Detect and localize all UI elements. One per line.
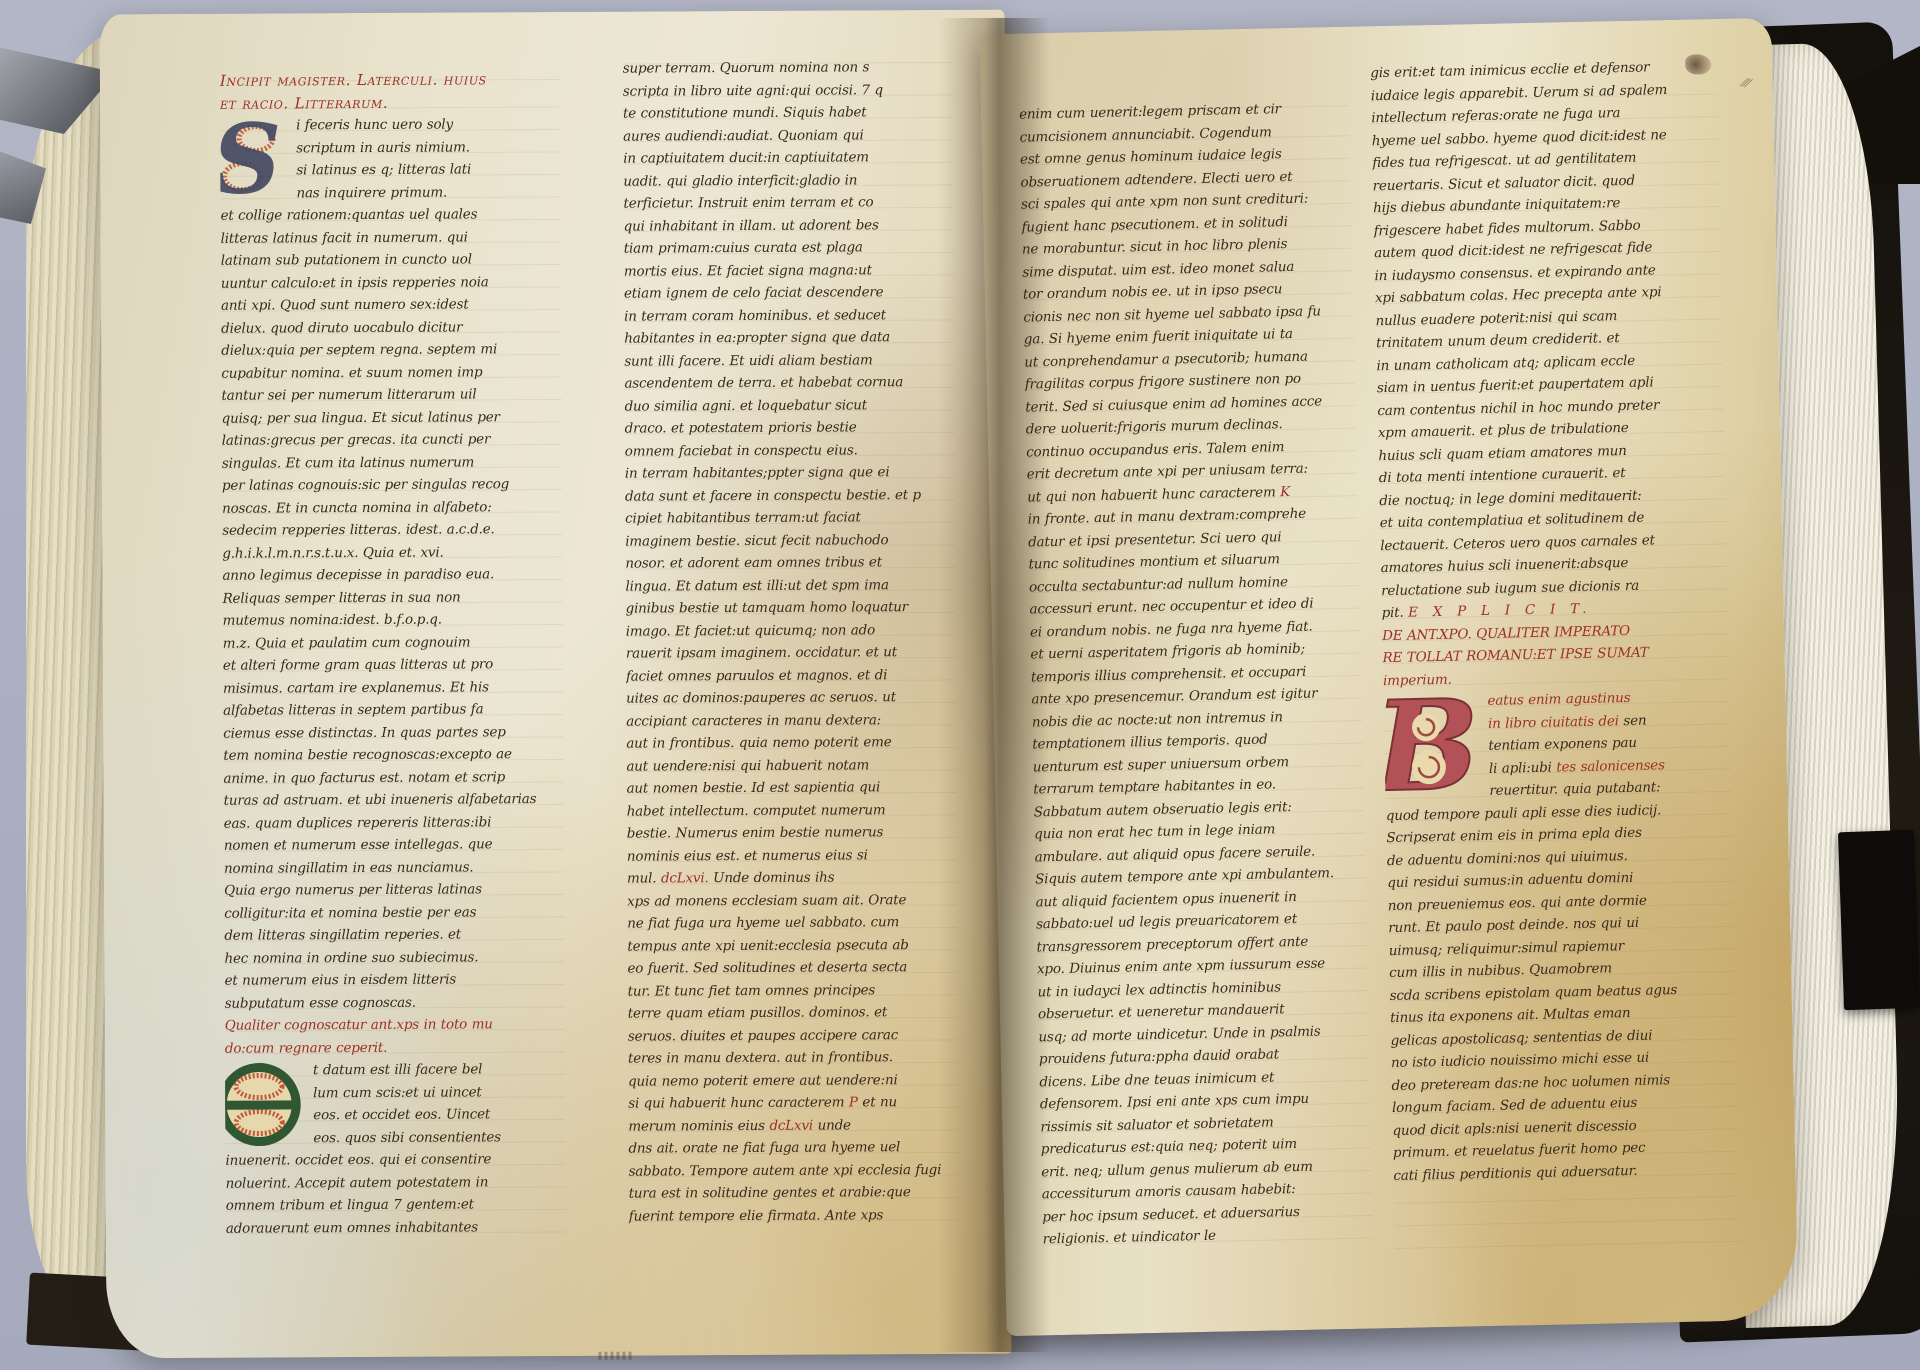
illuminated-initial-B: B — [1377, 690, 1479, 804]
column4-body: gis erit:et tam inimicus ecclie et defen… — [1370, 55, 1727, 602]
text-beside-initial-e: t datum est illi facere bellum cum scis:… — [313, 1058, 565, 1149]
illuminated-initial-E — [220, 1059, 304, 1149]
folio-tick-marks: ⁄⁄⁄ — [1741, 76, 1752, 92]
text-beside-initial-s: i feceris hunc uero solyscriptum in auri… — [296, 113, 560, 204]
illuminated-initial-S: S — [220, 114, 287, 204]
column4-body-2: quod tempore pauli apli esse dies iudici… — [1386, 797, 1740, 1187]
text-beside-initial-b: eatus enim agustinusin libro ciuitatis d… — [1487, 685, 1731, 803]
chapter-rubric-antichrist: Qualiter cognoscatur ant.xps in toto mud… — [225, 1013, 565, 1060]
right-page: ⁄⁄⁄ enim cum uenerit:legem priscam et ci… — [979, 18, 1798, 1336]
stray-ink-mark — [598, 1352, 632, 1360]
svg-text:B: B — [1377, 690, 1479, 804]
text-column-1: Incipit magister. Laterculi. huiuset rac… — [220, 68, 566, 1245]
text-column-3: enim cum uenerit:legem priscam et circum… — [1019, 97, 1373, 1259]
explicit-rubric: pit. E X P L I C I T.DE ANT.XPO. QUALITE… — [1381, 595, 1729, 692]
svg-text:S: S — [220, 114, 282, 204]
book-clasp-right — [1838, 830, 1920, 1011]
book-gutter-shadow — [938, 18, 1050, 1352]
text-column-4: gis erit:et tam inimicus ecclie et defen… — [1370, 55, 1741, 1252]
column1-body: et collige rationem:quantas uel qualesli… — [220, 203, 564, 1015]
column1-body-2: inuenerit. occidet eos. qui ei consentir… — [225, 1148, 565, 1240]
left-page: Incipit magister. Laterculi. huiuset rac… — [99, 10, 1011, 1359]
text-column-2: super terram. Quorum nomina non sscripta… — [623, 56, 959, 1238]
incipit-rubric: Incipit magister. Laterculi. huiuset rac… — [220, 68, 560, 115]
